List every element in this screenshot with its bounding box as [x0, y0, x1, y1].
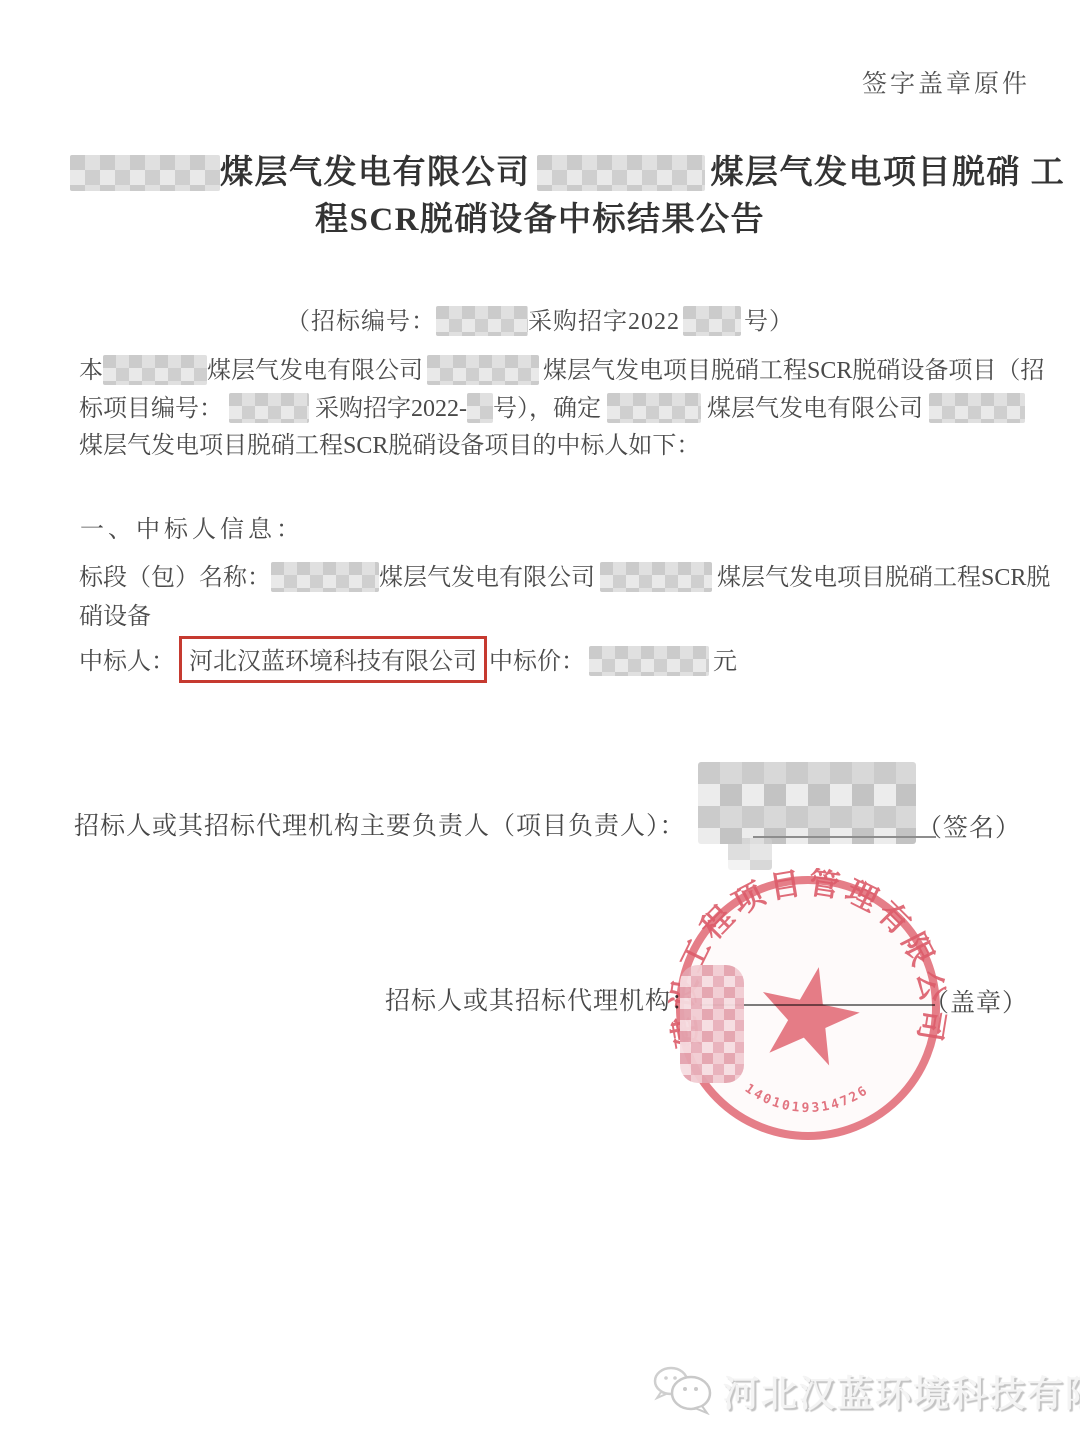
- winner-label: 中标人：: [79, 649, 175, 675]
- section-heading: 一、中标人信息：: [80, 509, 304, 544]
- redacted-signature-block: [728, 838, 772, 870]
- winner-name-highlight-box: 河北汉蓝环境科技有限公司: [179, 636, 487, 683]
- title-text: 煤层气发电有限公司: [220, 155, 531, 191]
- lot-line-2: 硝设备: [79, 598, 1050, 637]
- redacted-stamp-block: [680, 965, 744, 1083]
- redacted-text-block: [607, 393, 701, 423]
- wechat-icon: [645, 1363, 719, 1415]
- winner-line: 中标人：河北汉蓝环境科技有限公司中标价：元: [79, 636, 737, 683]
- body-paragraph: 本煤层气发电有限公司煤层气发电项目脱硝工程SCR脱硝设备项目（招 标项目编号：采…: [79, 353, 1019, 466]
- redacted-text-block: [537, 155, 705, 191]
- signature-rule: [753, 836, 936, 838]
- redacted-signature-block: [698, 762, 916, 844]
- watermark-company-name: 河北汉蓝环境科技有限公司: [723, 1366, 1080, 1417]
- title-line-2: 程SCR脱硝设备中标结果公告: [70, 197, 1010, 244]
- title-line-1: 煤层气发电有限公司煤层气发电项目脱硝 工: [70, 150, 1010, 197]
- lot-text: 煤层气发电项目脱硝工程SCR脱: [717, 565, 1050, 591]
- document-title: 煤层气发电有限公司煤层气发电项目脱硝 工 程SCR脱硝设备中标结果公告: [70, 150, 1010, 244]
- lot-text: 标段（包）名称：: [79, 565, 271, 591]
- corner-note: 签字盖章原件: [862, 64, 1030, 100]
- lot-text: 煤层气发电有限公司: [379, 565, 595, 591]
- bid-ref-prefix: （招标编号：: [286, 309, 436, 335]
- body-text: 煤层气发电有限公司: [707, 396, 923, 422]
- lot-line-1: 标段（包）名称：煤层气发电有限公司煤层气发电项目脱硝工程SCR脱: [79, 559, 1050, 598]
- lot-name: 标段（包）名称：煤层气发电有限公司煤层气发电项目脱硝工程SCR脱 硝设备: [79, 559, 1050, 637]
- redacted-text-block: [427, 355, 539, 385]
- body-line-3: 煤层气发电项目脱硝工程SCR脱硝设备项目的中标人如下：: [79, 428, 1019, 466]
- document-page: 签字盖章原件 煤层气发电有限公司煤层气发电项目脱硝 工 程SCR脱硝设备中标结果…: [0, 0, 1080, 1439]
- redacted-text-block: [929, 393, 1025, 423]
- body-text: 标项目编号：: [79, 396, 223, 422]
- bid-ref-mid: 采购招字2022: [528, 309, 680, 335]
- redacted-text-block: [271, 562, 379, 592]
- price-label: 中标价：: [489, 649, 585, 675]
- body-text: 煤层气发电有限公司: [207, 358, 423, 384]
- body-text: 号），确定: [493, 396, 601, 422]
- redacted-text-block: [70, 155, 220, 191]
- bid-ref-suffix: 号）: [744, 309, 794, 335]
- redacted-text-block: [229, 393, 309, 423]
- redacted-text-block: [683, 306, 741, 336]
- body-line-1: 本煤层气发电有限公司煤层气发电项目脱硝工程SCR脱硝设备项目（招: [79, 353, 1019, 391]
- body-line-2: 标项目编号：采购招字2022-号），确定煤层气发电有限公司: [79, 391, 1019, 429]
- redacted-price-block: [589, 646, 709, 676]
- redacted-text-block: [600, 562, 712, 592]
- body-text: 煤层气发电项目脱硝工程SCR脱硝设备项目（招: [543, 358, 1044, 384]
- title-text: 煤层气发电项目脱硝 工: [711, 155, 1066, 191]
- body-text: 采购招字2022-: [315, 396, 467, 422]
- price-unit: 元: [713, 649, 737, 675]
- bid-reference: （招标编号：采购招字2022号）: [0, 301, 1080, 336]
- signature-suffix: （签名）: [917, 808, 1021, 844]
- redacted-text-block: [436, 306, 528, 336]
- seal-line-label: 招标人或其招标代理机构：: [385, 981, 697, 1017]
- redacted-text-block: [467, 393, 493, 423]
- redacted-text-block: [103, 355, 207, 385]
- body-text: 本: [79, 358, 103, 384]
- signatory-line: 招标人或其招标代理机构主要负责人（项目负责人）：: [74, 806, 686, 842]
